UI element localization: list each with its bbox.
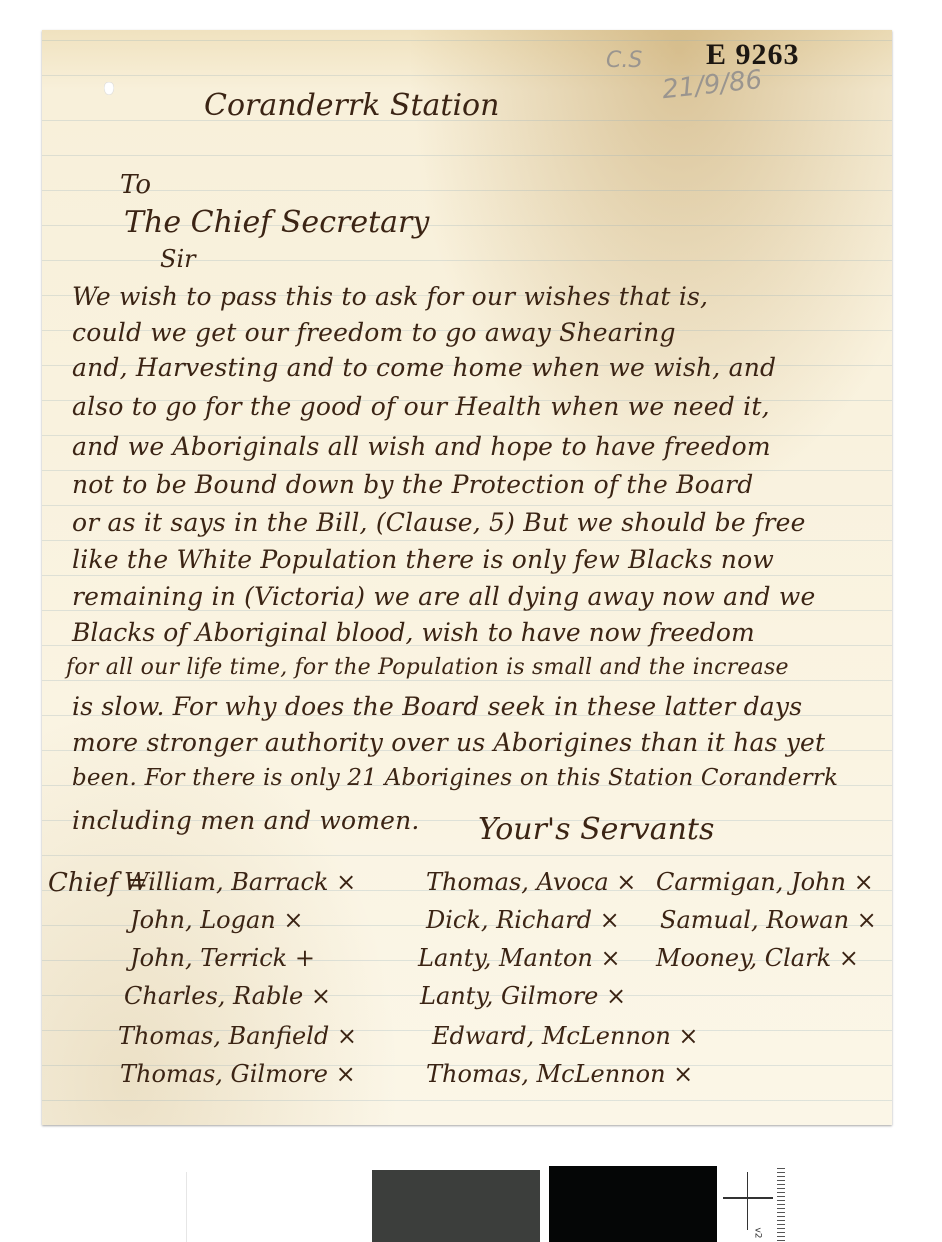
signatory: John, Terrick +: [130, 944, 315, 972]
salutation-to: To: [120, 170, 151, 200]
body-line: remaining in (Victoria) we are all dying…: [72, 582, 815, 611]
addressee: The Chief Secretary: [124, 205, 429, 240]
ruler-label: v2: [753, 1227, 763, 1238]
body-line: and, Harvesting and to come home when we…: [72, 353, 776, 382]
body-line: We wish to pass this to ask for our wish…: [72, 282, 708, 311]
signatory: Thomas, McLennon ×: [426, 1060, 693, 1088]
signatory: Thomas, Avoca ×: [426, 868, 636, 896]
signatory: Charles, Rable ×: [124, 982, 331, 1010]
letter-heading: Coranderrk Station: [204, 88, 499, 123]
body-line: been. For there is only 21 Aborigines on…: [72, 765, 838, 791]
crosshair-icon: [723, 1197, 773, 1199]
signatory: Edward, McLennon ×: [432, 1022, 699, 1050]
body-line: and we Aboriginals all wish and hope to …: [72, 432, 771, 461]
salutation-sir: Sir: [160, 245, 196, 273]
body-line: also to go for the good of our Health wh…: [72, 392, 770, 421]
signatory: Lanty, Gilmore ×: [420, 982, 626, 1010]
signatory: Dick, Richard ×: [426, 906, 620, 934]
body-line: could we get our freedom to go away Shea…: [72, 318, 676, 347]
color-patch-gray: [372, 1170, 540, 1242]
color-patch-black: [549, 1166, 717, 1242]
closing: Your's Servants: [478, 812, 714, 847]
scale-ruler: [777, 1168, 785, 1242]
body-line: more stronger authority over us Aborigin…: [72, 728, 825, 757]
body-line: like the White Population there is only …: [72, 545, 774, 574]
signatory: Samual, Rowan ×: [660, 906, 877, 934]
crosshair-icon: [747, 1172, 748, 1230]
body-line: not to be Bound down by the Protection o…: [72, 470, 753, 499]
body-line: for all our life time, for the Populatio…: [66, 655, 789, 680]
body-line: is slow. For why does the Board seek in …: [72, 692, 802, 721]
signatory: William, Barrack ×: [124, 868, 356, 896]
body-line: Blacks of Aboriginal blood, wish to have…: [72, 618, 755, 647]
signatory: Thomas, Banfield ×: [118, 1022, 357, 1050]
signatory: John, Logan ×: [130, 906, 304, 934]
signatory: Lanty, Manton ×: [418, 944, 621, 972]
signatory: Mooney, Clark ×: [656, 944, 859, 972]
signatory: Carmigan, John ×: [656, 868, 874, 896]
signatory: Thomas, Gilmore ×: [120, 1060, 356, 1088]
body-line: including men and women.: [72, 806, 420, 835]
pencil-notation: C.S: [606, 48, 642, 73]
body-line: or as it says in the Bill, (Clause, 5) B…: [72, 508, 806, 537]
punch-hole: [104, 82, 114, 95]
